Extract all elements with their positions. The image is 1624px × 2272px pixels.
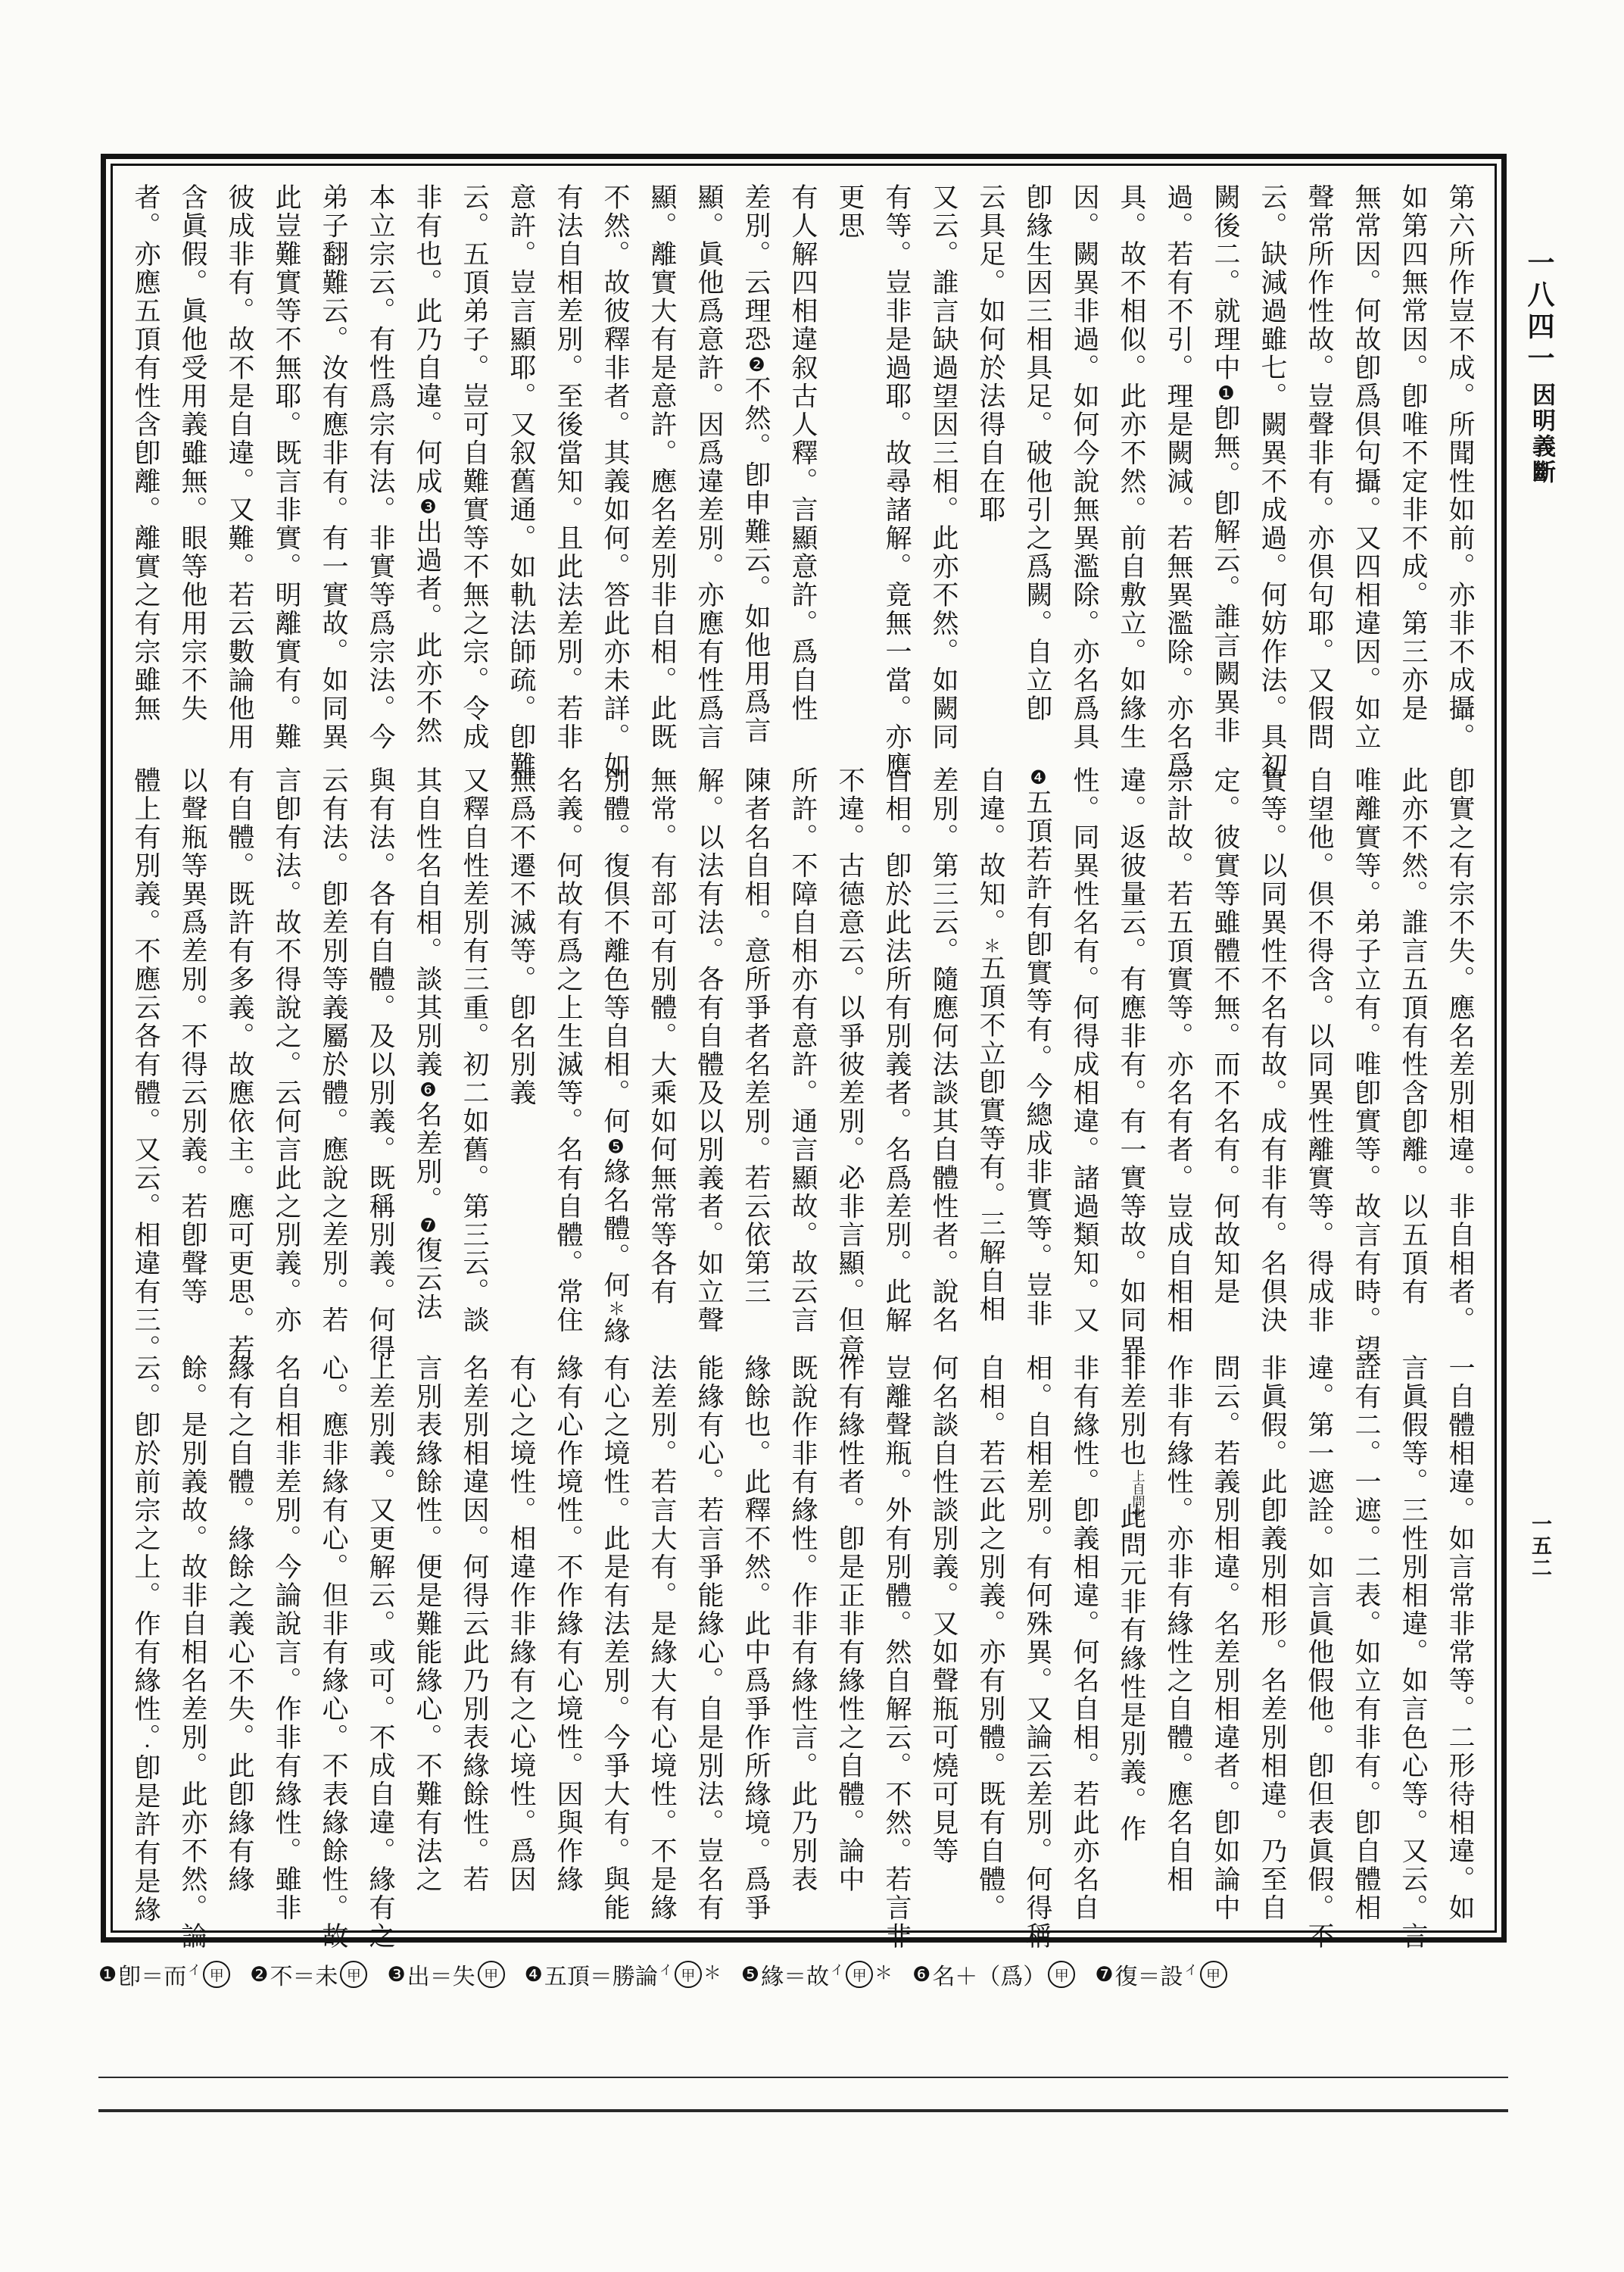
text-column: 含眞假。眞他受用義雖無。眼等他用宗不失: [169, 183, 216, 750]
footnote-number: ❻: [912, 1963, 930, 1986]
footnote-reading: 出＝失: [407, 1958, 475, 1991]
text-column: 云有法。卽差別等義屬於體。應說之差別。若: [310, 766, 357, 1333]
text-column: 違。第一遮詮。如言眞他假他。卽但表眞假。不: [1295, 1354, 1342, 1921]
footnote-number: ❹: [525, 1963, 543, 1986]
text-column: 自相。卽於此法所有別義者。名爲差別。此解: [873, 766, 920, 1333]
footnote-reading: 不＝未: [270, 1958, 338, 1991]
footnote-item: ❹五頂＝勝論イ甲＊: [525, 1958, 722, 1991]
variant-star-marker: ＊: [981, 937, 1000, 954]
text-column: 違。返彼量云。有應非有。有一實等故。如同異: [1108, 766, 1155, 1333]
text-column: 非眞假。此卽義別相形。名差別相違。乃至自: [1248, 1354, 1295, 1921]
text-column: 詮有二。一遮。二表。如立有非有。卽自體相: [1342, 1354, 1389, 1921]
edition-siglum: 甲: [203, 1961, 230, 1988]
text-column: 法差別。若言大有。是緣大有心境性。不是緣: [638, 1354, 685, 1921]
text-column: 既說作非有緣性。作非有緣性言。此乃別表: [779, 1354, 826, 1921]
footnote-item: ❶卽＝而イ甲: [98, 1958, 230, 1991]
text-column: 其自性名自相。談其別義❻名差別。❼復云法: [404, 766, 450, 1333]
register-a: 第六所作豈不成。所聞性如前。亦非不成攝。如第四無常因。卽唯不定非不成。第三亦是無…: [122, 183, 1483, 750]
text-column: 卽緣生因三相具足。破他引之爲闕。自立卽: [1014, 183, 1061, 750]
register-b: 卽實之有宗不失。應名差別相違。非自相者。此亦不然。誰言五頂有性含卽離。以五頂有唯…: [122, 766, 1483, 1333]
footnote-reading: 復＝設: [1115, 1958, 1183, 1991]
text-column: 又云。誰言缺過望因三相。此亦不然。如闕同: [920, 183, 967, 750]
text-column: 言眞假等。三性別相違。如言色心等。又云。言: [1389, 1354, 1436, 1921]
footnote-number: ❼: [1095, 1963, 1113, 1986]
text-column: 有人解四相違叙古人釋。言顯意許。爲自性: [779, 183, 826, 750]
footnote-item: ❷不＝未甲: [250, 1958, 367, 1991]
text-column: 云。缺減過雖七。闕異不成過。何妨作法。具初: [1248, 183, 1295, 750]
variant-mark: イ: [831, 1959, 843, 1978]
footnote-marker: ❹: [1027, 766, 1048, 788]
text-column: 相。自相差別。有何殊異。又論云差別。何得稱: [1014, 1354, 1061, 1921]
text-column: 實等。以同異性不名有故。成有非有。名倶決: [1248, 766, 1295, 1333]
text-column: 緣有之自體。緣餘之義心不失。此卽緣有緣: [216, 1354, 263, 1921]
variant-star-marker: ＊: [874, 1958, 893, 1984]
text-column: 云。五頂弟子。豈可自難實等不無之宗。令成: [450, 183, 497, 750]
footnote-marker: ❶: [1215, 382, 1236, 404]
edition-siglum: 甲: [340, 1961, 367, 1988]
text-column: 第六所作豈不成。所聞性如前。亦非不成攝。: [1436, 183, 1483, 750]
footnote-item: ❻名＋（爲）甲: [912, 1958, 1075, 1991]
text-column: 有自體。既許有多義。故應依主。應可更思。若: [216, 766, 263, 1333]
edition-siglum: 甲: [675, 1961, 702, 1988]
text-column: 有法自相差別。至後當知。且此法差別。若非: [544, 183, 591, 750]
footnote-marker: ❸: [417, 496, 438, 518]
register-c: 一自體相違。如言常非常等。二形待相違。如言眞假等。三性別相違。如言色心等。又云。…: [122, 1354, 1483, 1921]
text-column: 與有法。各有自體。及以別義。既稱別義。何得: [357, 766, 404, 1333]
text-column: 彼成非有。故不是自違。又難。若云數論他用: [216, 183, 263, 750]
variant-star-marker: ＊: [606, 1300, 625, 1317]
text-column: 問云。若義別相違。名差別相違者。卽如論中: [1202, 1354, 1248, 1921]
text-column: 非差別也上自問也此問元非有緣性是別義。作: [1108, 1354, 1155, 1921]
text-column: 無常因。何故卽爲倶句攝。又四相違因。如立: [1342, 183, 1389, 750]
interlinear-note: 上自問也: [1130, 1469, 1145, 1501]
variant-mark: イ: [188, 1959, 201, 1978]
edition-siglum: 甲: [478, 1961, 505, 1988]
text-column: 心。應非緣有心。但非有緣心。不表緣餘性。故: [310, 1354, 357, 1921]
footnote-reading: 名＋（爲）: [932, 1958, 1046, 1991]
text-column: 陳者名自相。意所爭者名差別。若云依第三: [732, 766, 779, 1333]
text-column: 無常。有部可有別體。大乘如何無常等各有: [638, 766, 685, 1333]
text-column: 云具足。如何於法得自在耶: [967, 183, 1014, 750]
edition-siglum: 甲: [846, 1961, 873, 1988]
edition-siglum: 甲: [1200, 1961, 1227, 1988]
text-column: 宗計故。若五頂實等。亦名有者。豈成自相相: [1155, 766, 1202, 1333]
text-column: 唯離實等。弟子立有。唯卽實等。故言有時。望: [1342, 766, 1389, 1333]
footnote-item: ❸出＝失甲: [387, 1958, 504, 1991]
text-column: 過。若有不引。理是闕減。若無異濫除。亦名爲: [1155, 183, 1202, 750]
text-column: 不違。古德意云。以爭彼差別。必非言顯。但意: [826, 766, 873, 1333]
dot-marker: ・: [137, 1739, 154, 1754]
text-column: 自望他。倶不得含。以同異性離實等。得成非: [1295, 766, 1342, 1333]
footnote-number: ❶: [98, 1963, 117, 1986]
text-column: 因。闕異非過。如何今說無異濫除。亦名爲具: [1061, 183, 1108, 750]
text-column: 何名談自性談別義。又如聲瓶可燒可見等: [920, 1354, 967, 1921]
text-column: 具。故不相似。此亦不然。前自敷立。如緣生: [1108, 183, 1155, 750]
bottom-rule: [98, 2077, 1508, 2078]
text-column: 上差別義。又更解云。或可。不成自違。緣有之: [357, 1354, 404, 1921]
footnote-marker: ❼: [417, 1215, 438, 1237]
text-column: 緣餘也。此釋不然。此中爲爭作所緣境。爲爭: [732, 1354, 779, 1921]
text-column: 意許。豈言顯耶。又叙舊通。如軌法師疏。卽難: [497, 183, 544, 750]
text-column: 名義。何故有爲之上生滅等。名有自體。常住: [544, 766, 591, 1333]
text-column: 作有緣性者。卽是正非有緣性之自體。論中: [826, 1354, 873, 1921]
text-column: 此亦不然。誰言五頂有性含卽離。以五頂有: [1389, 766, 1436, 1333]
footnote-item: ❼復＝設イ甲: [1095, 1958, 1227, 1991]
text-column: 非有緣性。卽義相違。何名自相。若此亦名自: [1061, 1354, 1108, 1921]
text-column: 差別。第三云。隨應何法談其自體性者。說名: [920, 766, 967, 1333]
text-column: 名自相非差別。今論說言。作非有緣性。雖非: [263, 1354, 310, 1921]
footnote-reading: 卽＝而: [118, 1958, 186, 1991]
footnote-number: ❺: [741, 1963, 759, 1986]
text-column: 言卽有法。故不得說之。云何言此之別義。亦: [263, 766, 310, 1333]
footnote-item: ❺緣＝故イ甲＊: [741, 1958, 893, 1991]
text-column: 以聲瓶等異爲差別。不得云別義。若卽聲等: [169, 766, 216, 1333]
text-column: 無爲不遷不滅等。卽名別義: [497, 766, 544, 1333]
text-column: 體上有別義。不應云各有體。又云。相違有三。: [122, 766, 169, 1333]
variant-mark: イ: [1185, 1959, 1198, 1978]
footnote-marker: ❺: [605, 1136, 625, 1158]
text-column: 能緣有心。若言爭能緣心。自是別法。豈名有: [685, 1354, 732, 1921]
text-column: 本立宗云。有性爲宗有法。非實等爲宗法。今: [357, 183, 404, 750]
text-column: 卽實之有宗不失。應名差別相違。非自相者。: [1436, 766, 1483, 1333]
text-column: 非有也。此乃自違。何成❸出過者。此亦不然: [404, 183, 450, 750]
footnote-marker: ❷: [746, 354, 766, 376]
footnote-number: ❷: [250, 1963, 268, 1986]
text-column: 別體。復倶不離色等自相。何❺緣名體。何＊緣: [591, 766, 638, 1333]
text-column: 一自體相違。如言常非常等。二形待相違。如: [1436, 1354, 1483, 1921]
footnote-marker: ❻: [417, 1079, 438, 1101]
text-column: 定。彼實等雖體不無。而不名有。何故知是: [1202, 766, 1248, 1333]
text-column: 所許。不障自相亦有意許。通言顯故。故云言: [779, 766, 826, 1333]
text-column: 顯。眞他爲意許。因爲違差別。亦應有性爲言: [685, 183, 732, 750]
text-column: 作非有緣性。亦非有緣性之自體。應名自相: [1155, 1354, 1202, 1921]
bottom-rule: [98, 2109, 1508, 2112]
text-column: 有心之境性。此是有法差別。今爭大有。與能: [591, 1354, 638, 1921]
text-column: 有心之境性。相違作非緣有之心境性。爲因: [497, 1354, 544, 1921]
text-column: 緣有心作境性。不作緣有心境性。因與作緣: [544, 1354, 591, 1921]
text-column: 云。卽於前宗之上。作有緣性。・卽是許有是緣: [122, 1354, 169, 1921]
variant-mark: イ: [659, 1959, 672, 1978]
footnote-reading: 緣＝故: [761, 1958, 829, 1991]
text-column: 如第四無常因。卽唯不定非不成。第三亦是: [1389, 183, 1436, 750]
work-title: 因明義斷: [1515, 382, 1568, 485]
footnote-apparatus: ❶卽＝而イ甲❷不＝未甲❸出＝失甲❹五頂＝勝論イ甲＊❺緣＝故イ甲＊❻名＋（爲）甲❼…: [98, 1955, 1431, 1993]
text-column: 自違。故知。＊五頂不立卽實等有。三解自相: [967, 766, 1014, 1333]
text-column: 餘。是別義故。故非自相名差別。此亦不然。論: [169, 1354, 216, 1921]
text-column: 此豈難實等不無耶。既言非實。明離實有。難: [263, 183, 310, 750]
text-serial-number: 一八四一: [1513, 248, 1566, 376]
text-column: 名差別相違因。何得云此乃別表緣餘性。若: [450, 1354, 497, 1921]
text-column: 弟子翻難云。汝有應非有。有一實故。如同異: [310, 183, 357, 750]
text-column: 聲常所作性故。豈聲非有。亦倶句耶。又假問: [1295, 183, 1342, 750]
text-column: 有等。豈非是過耶。故尋諸解。竟無一當。亦應: [873, 183, 920, 750]
text-column: 解。以法有法。各有自體及以別義者。如立聲: [685, 766, 732, 1333]
text-column: 更思: [826, 183, 873, 750]
scanned-page: { "margin": { "header_number": "一八四一", "…: [0, 0, 1624, 2272]
text-column: 差別。云理恐❷不然。卽申難云。如他用爲言: [732, 183, 779, 750]
text-frame: 第六所作豈不成。所聞性如前。亦非不成攝。如第四無常因。卽唯不定非不成。第三亦是無…: [101, 154, 1507, 1943]
page-number: 一五二: [1517, 1513, 1563, 1579]
text-column: 不然。故彼釋非者。其義如何。答此亦未詳。如: [591, 183, 638, 750]
text-column: 性。同異性名有。何得成相違。諸過類知。又: [1061, 766, 1108, 1333]
edition-siglum: 甲: [1048, 1961, 1075, 1988]
text-column: ❹五頂若許有卽實等有。今總成非實等。豈非: [1014, 766, 1061, 1333]
text-column: 者。亦應五頂有性含卽離。離實之有宗雖無: [122, 183, 169, 750]
text-column: 豈離聲瓶。外有別體。然自解云。不然。若言非: [873, 1354, 920, 1921]
text-column: 自相。若云此之別義。亦有別體。既有自體。: [967, 1354, 1014, 1921]
variant-star-marker: ＊: [703, 1958, 722, 1984]
text-column: 闕後二。就理中❶卽無。卽解云。誰言闕異非: [1202, 183, 1248, 750]
footnote-reading: 五頂＝勝論: [544, 1958, 658, 1991]
footnote-number: ❸: [387, 1963, 405, 1986]
text-column: 言別表緣餘性。便是難能緣心。不難有法之: [404, 1354, 450, 1921]
text-column: 又釋自性差別有三重。初二如舊。第三云。談: [450, 766, 497, 1333]
text-column: 顯。離實大有是意許。應名差別非自相。此既: [638, 183, 685, 750]
